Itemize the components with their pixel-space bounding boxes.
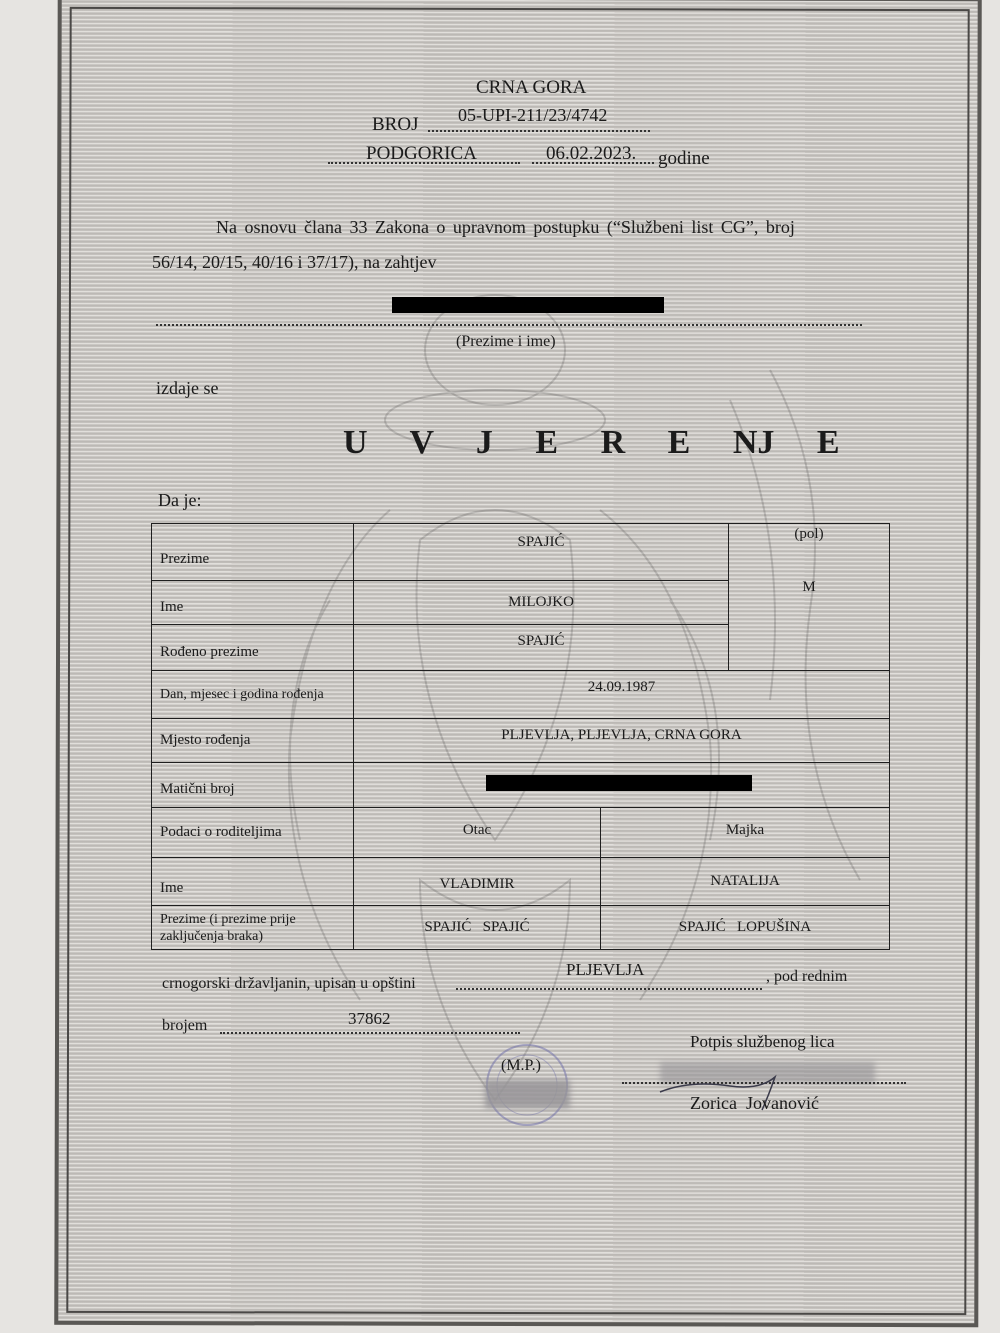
table-row: Mjesto rođenja PLJEVLJA, PLJEVLJA, CRNA … xyxy=(152,719,890,763)
da-je-label: Da je: xyxy=(158,490,201,511)
table-row: Podaci o roditeljima Otac Majka xyxy=(152,808,890,858)
number-word: brojem xyxy=(162,1017,207,1035)
mother-header: Majka xyxy=(601,808,890,858)
sex-value: M xyxy=(737,579,881,596)
title-letter: E xyxy=(535,424,575,461)
value-birth-date: 24.09.1987 xyxy=(354,671,890,719)
title-letter: E xyxy=(668,424,708,461)
number-label: BROJ xyxy=(372,114,418,136)
requester-dotted-line xyxy=(156,318,862,326)
value-birth-surname: SPAJIĆ xyxy=(354,625,729,671)
register-number: 37862 xyxy=(348,1009,391,1029)
title-letter: J xyxy=(476,424,510,461)
sex-label: (pol) xyxy=(737,526,881,543)
title-letter: V xyxy=(409,424,450,461)
label-parents: Podaci o roditeljima xyxy=(152,808,354,858)
municipality: PLJEVLJA xyxy=(566,960,644,980)
personal-data-table: Prezime SPAJIĆ (pol) M Ime MILOJKO Rođen… xyxy=(151,523,890,950)
citizen-text: crnogorski državljanin, upisan u opštini xyxy=(162,975,416,993)
requester-name-redaction xyxy=(392,297,664,313)
document-title: U V J E R E NJ E xyxy=(343,424,857,462)
father-name: VLADIMIR xyxy=(354,858,601,906)
value-surname: SPAJIĆ xyxy=(354,524,729,581)
label-birth-date: Dan, mjesec i godina rođenja xyxy=(152,671,354,719)
label-parent-surname: Prezime (i prezime prije zaključenja bra… xyxy=(152,906,354,950)
title-letter: E xyxy=(817,424,857,461)
table-row: Ime VLADIMIR NATALIJA xyxy=(152,858,890,906)
table-row: Dan, mjesec i godina rođenja 24.09.1987 xyxy=(152,671,890,719)
mother-surname: SPAJIĆ LOPUŠINA xyxy=(601,906,890,950)
table-row: Matični broj xyxy=(152,763,890,808)
stamp-blurred-region xyxy=(485,1080,570,1108)
label-personal-id: Matični broj xyxy=(152,763,354,808)
year-word: godine xyxy=(658,148,710,170)
label-birth-surname: Rođeno prezime xyxy=(152,625,354,671)
case-number: 05-UPI-211/23/4742 xyxy=(458,105,607,126)
table-row: Prezime (i prezime prije zaključenja bra… xyxy=(152,906,890,950)
mother-name: NATALIJA xyxy=(601,858,890,906)
country-heading: CRNA GORA xyxy=(476,77,586,99)
value-birth-place: PLJEVLJA, PLJEVLJA, CRNA GORA xyxy=(354,719,890,763)
stamp-label: (M.P.) xyxy=(501,1057,541,1075)
personal-id-redaction xyxy=(486,775,752,791)
father-header: Otac xyxy=(354,808,601,858)
signature-caption: Potpis službenog lica xyxy=(690,1032,834,1052)
legal-basis-line-2: 56/14, 20/15, 40/16 i 37/17), na zahtjev xyxy=(152,252,436,273)
label-birth-place: Mjesto rođenja xyxy=(152,719,354,763)
title-letter: NJ xyxy=(733,424,775,461)
table-row: Prezime SPAJIĆ (pol) M xyxy=(152,524,890,581)
label-surname: Prezime xyxy=(152,524,354,581)
issue-date: 06.02.2023. xyxy=(546,143,636,165)
father-surname: SPAJIĆ SPAJIĆ xyxy=(354,906,601,950)
sex-cell: (pol) M xyxy=(729,524,890,671)
issued-text: izdaje se xyxy=(156,378,218,399)
official-name: Zorica Jovanović xyxy=(690,1093,819,1114)
title-letter: U xyxy=(343,424,385,461)
title-letter: R xyxy=(601,424,643,461)
city: PODGORICA xyxy=(366,143,477,165)
value-first-name: MILOJKO xyxy=(354,581,729,625)
under-number-text: , pod rednim xyxy=(766,968,847,986)
legal-basis-line-1: Na osnovu člana 33 Zakona o upravnom pos… xyxy=(216,217,795,238)
label-parent-name: Ime xyxy=(152,858,354,906)
requester-caption: (Prezime i ime) xyxy=(456,333,556,351)
value-personal-id xyxy=(354,763,890,808)
label-first-name: Ime xyxy=(152,581,354,625)
